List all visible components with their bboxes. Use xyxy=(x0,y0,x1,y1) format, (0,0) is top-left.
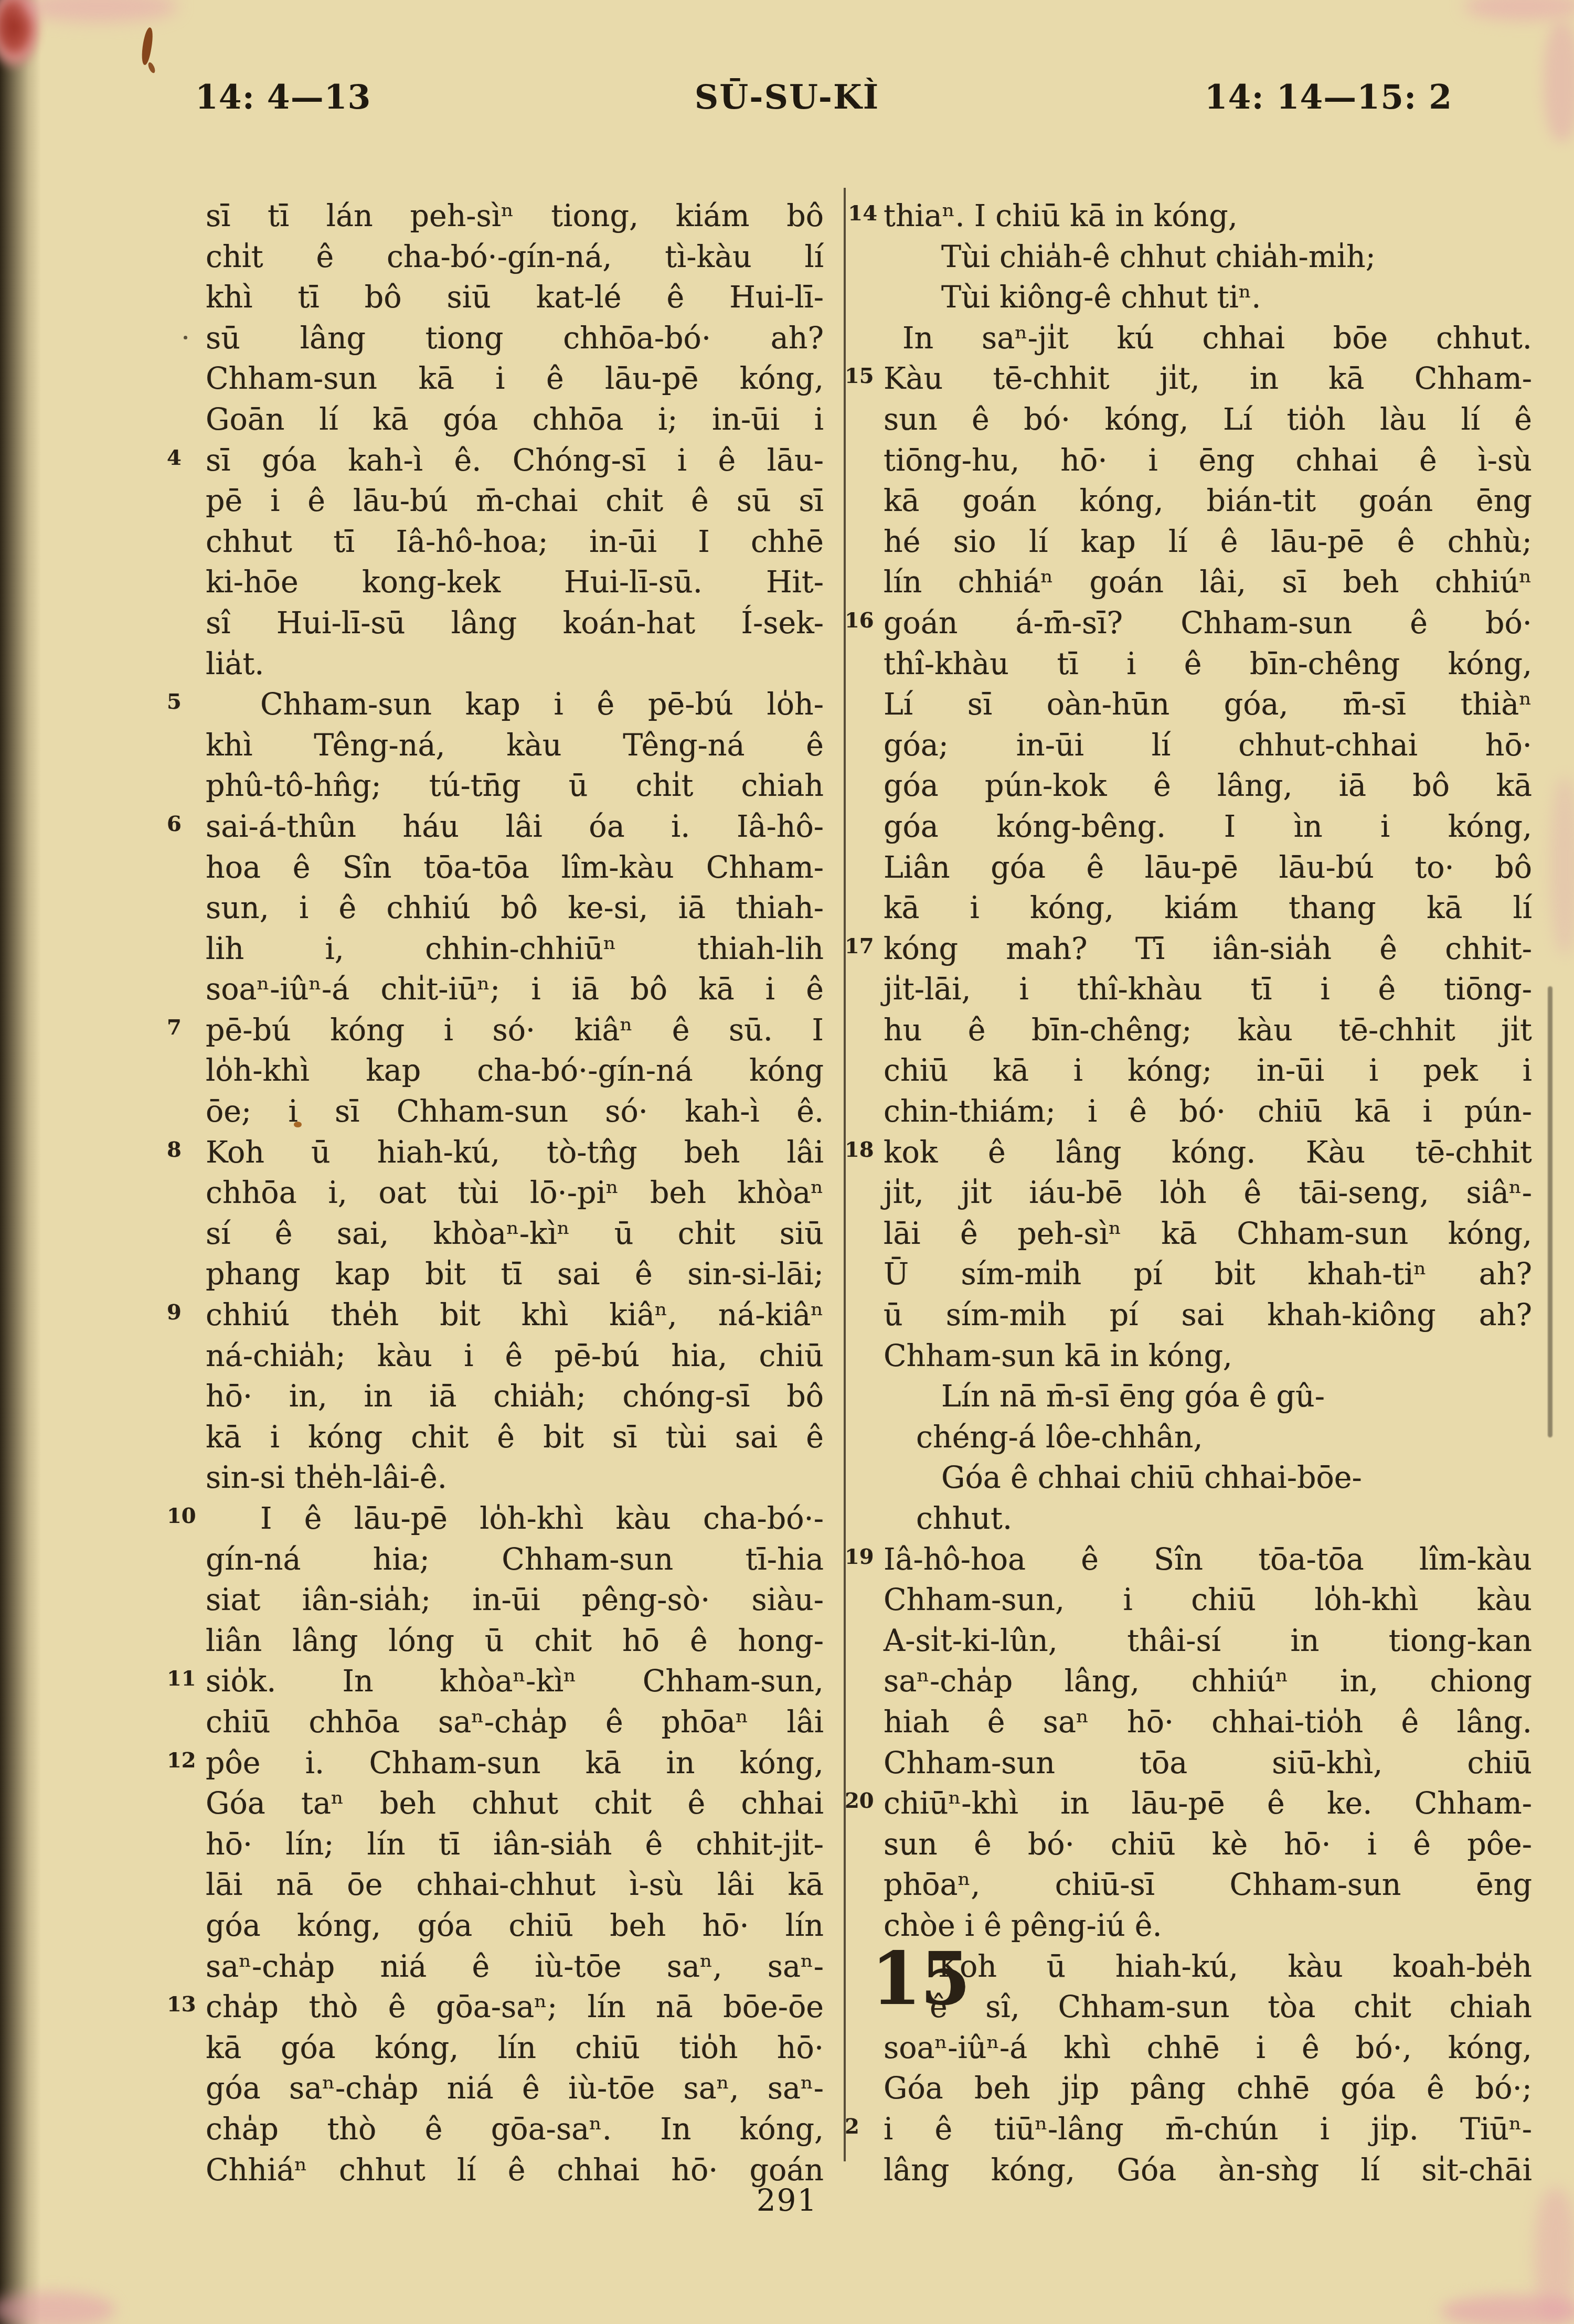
text-line: chhōa i, oat tùi lō·-piⁿ beh khòaⁿ xyxy=(206,1173,824,1214)
text-line: Chham-sun tōa siū-khì, chiū xyxy=(884,1743,1532,1784)
line-text: lín chhiáⁿ goán lâi, sī beh chhiúⁿ xyxy=(884,565,1532,600)
stain-top-left-red xyxy=(0,0,43,71)
text-line: kā i kóng chit ê bi̍t sī tùi sai ê xyxy=(206,1417,824,1458)
line-text: sū lâng tiong chhōa-bó· ah? xyxy=(206,321,824,356)
text-line: 4sī góa kah-ì ê. Chóng-sī i ê lāu- xyxy=(206,441,824,482)
text-line: 15Kàu tē-chhit ji̍t, in kā Chham- xyxy=(884,359,1532,400)
text-line: cha̍p thò ê gōa-saⁿ. In kóng, xyxy=(206,2109,824,2150)
line-text: kā i kóng chit ê bi̍t sī tùi sai ê xyxy=(206,1420,824,1455)
text-line: 8Koh ū hiah-kú, tò-tn̂g beh lâi xyxy=(206,1133,824,1174)
text-line: ū sím-mi̍h pí sai khah-kiông ah? xyxy=(884,1295,1532,1336)
text-line: chòe i ê pêng-iú ê. xyxy=(884,1906,1532,1947)
verse-number: 10 xyxy=(167,1496,199,1537)
text-line: soaⁿ-iûⁿ-á chi̍t-iūⁿ; i iā bô kā i ê xyxy=(206,969,824,1010)
verse-number: 17 xyxy=(845,926,877,967)
line-text: sun, i ê chhiú bô ke-si, iā thiah- xyxy=(206,891,824,925)
header-verse-range-right: 14: 14—15: 2 xyxy=(1205,78,1452,116)
line-text: ná-chia̍h; kàu i ê pē-bú hia, chiū xyxy=(206,1339,824,1373)
line-text: goán á-m̄-sī? Chham-sun ê bó· xyxy=(884,606,1532,641)
text-line: Góa beh ji̍p pâng chhē góa ê bó·; xyxy=(884,2069,1532,2109)
line-text: lāi nā ōe chhai-chhut ì-sù lâi kā xyxy=(206,1868,824,1902)
line-text: hé sio lí kap lí ê lāu-pē ê chhù; xyxy=(884,525,1532,559)
line-text: Tùi chia̍h-ê chhut chia̍h-mi̍h; xyxy=(941,240,1376,274)
line-text: A-si̍t-ki-lûn, thâi-sí in tiong-kan xyxy=(884,1624,1532,1658)
text-line: Tùi chia̍h-ê chhut chia̍h-mi̍h; xyxy=(884,237,1532,278)
line-text: chiū chhōa saⁿ-cha̍p ê phōaⁿ lâi xyxy=(206,1705,824,1740)
line-text: thiaⁿ. I chiū kā in kóng, xyxy=(884,199,1238,233)
line-text: sun ê bó· chiū kè hō· i ê pôe- xyxy=(884,1827,1532,1862)
text-line: góa kóng-bêng. I ìn i kóng, xyxy=(884,807,1532,848)
line-text: pē i ê lāu-bú m̄-chai chit ê sū sī xyxy=(206,484,824,518)
line-text: In saⁿ-ji̍t kú chhai bōe chhut. xyxy=(902,321,1532,356)
line-text: tiōng-hu, hō· i ēng chhai ê ì-sù xyxy=(884,443,1532,478)
text-line: lia̍t. xyxy=(206,644,824,685)
verse-number: 15 xyxy=(845,356,877,397)
running-header: 14: 4—13 SŪ-SU-KÌ 14: 14—15: 2 xyxy=(0,78,1574,120)
line-text: lo̍h-khì kap cha-bó·-gín-ná kóng xyxy=(206,1053,824,1088)
line-text: phû-tô-hn̂g; tú-tn̄g ū chi̍t chiah xyxy=(206,769,824,803)
line-text: chiū kā i kóng; in-ūi i pek i xyxy=(884,1053,1532,1088)
text-line: soaⁿ-iûⁿ-á khì chhē i ê bó·, kóng, xyxy=(884,2028,1532,2069)
text-line: chhut tī Iâ-hô-hoa; in-ūi I chhē xyxy=(206,522,824,563)
verse-number: 2 xyxy=(845,2106,877,2147)
line-text: kā i kóng, kiám thang kā lí xyxy=(884,891,1532,925)
line-text: gín-ná hia; Chham-sun tī-hia xyxy=(206,1542,824,1577)
line-text: chin-thiám; i ê bó· chiū kā i pún- xyxy=(884,1094,1532,1129)
line-text: Chham-sun kap i ê pē-bú lo̍h- xyxy=(260,687,824,722)
line-text: Góa taⁿ beh chhut chi̍t ê chhai xyxy=(206,1786,824,1821)
line-text: siat iân-sia̍h; in-ūi pêng-sò· siàu- xyxy=(206,1583,824,1617)
scan-edge-line xyxy=(1548,986,1552,1437)
text-line: lâng kóng, Góa àn-sǹg lí si̍t-chāi xyxy=(884,2150,1532,2191)
line-text: góa pún-kok ê lâng, iā bô kā xyxy=(884,769,1532,803)
text-line: khì tī bô siū kat-lé ê Hui-lī- xyxy=(206,278,824,318)
text-line: 6sai-á-thûn háu lâi óa i. Iâ-hô- xyxy=(206,807,824,848)
text-line: 10I ê lāu-pē lo̍h-khì kàu cha-bó·- xyxy=(206,1499,824,1540)
verse-number: 12 xyxy=(167,1740,199,1781)
line-text: chhut. xyxy=(916,1501,1012,1536)
text-line: Liân góa ê lāu-pē lāu-bú to· bô xyxy=(884,848,1532,889)
text-line: phû-tô-hn̂g; tú-tn̄g ū chi̍t chiah xyxy=(206,766,824,807)
text-line: sī tī lán peh-sìⁿ tiong, kiám bô xyxy=(206,196,824,237)
verse-number: 14 xyxy=(845,193,877,234)
text-line: Lí sī oàn-hūn góa, m̄-sī thiàⁿ xyxy=(884,685,1532,726)
text-line: chhut. xyxy=(884,1499,1532,1540)
line-text: kok ê lâng kóng. Kàu tē-chhit xyxy=(884,1135,1532,1170)
text-line: siat iân-sia̍h; in-ūi pêng-sò· siàu- xyxy=(206,1580,824,1621)
text-line: sin-si the̍h-lâi-ê. xyxy=(206,1458,824,1499)
line-text: Tùi kiông-ê chhut tiⁿ. xyxy=(941,280,1261,315)
verse-number: 4 xyxy=(167,438,199,478)
text-line: sū lâng tiong chhōa-bó· ah? xyxy=(206,318,824,359)
stain-bottom-right-pink xyxy=(1440,2295,1574,2324)
line-text: Chham-sun kā in kóng, xyxy=(884,1339,1232,1373)
line-text: khì Têng-ná, kàu Têng-ná ê xyxy=(206,728,824,763)
verse-number: 11 xyxy=(167,1658,199,1699)
line-text: sun ê bó· kóng, Lí tio̍h làu lí ê xyxy=(884,402,1532,437)
line-text: Liân góa ê lāu-pē lāu-bú to· bô xyxy=(884,850,1532,885)
line-text: hu ê bīn-chêng; kàu tē-chhit ji̍t xyxy=(884,1013,1532,1048)
line-text: hoa ê Sîn tōa-tōa lîm-kàu Chham- xyxy=(206,850,824,885)
line-text: i ê tiūⁿ-lâng m̄-chún i ji̍p. Tiūⁿ- xyxy=(884,2112,1532,2147)
line-text: kóng mah? Tī iân-sia̍h ê chhit- xyxy=(884,932,1532,966)
verse-number: 19 xyxy=(845,1537,877,1577)
line-text: chi̍t ê cha-bó·-gín-ná, tì-kàu lí xyxy=(206,240,824,274)
column-divider-rule xyxy=(844,188,846,2161)
text-line: chi̍t ê cha-bó·-gín-ná, tì-kàu lí xyxy=(206,237,824,278)
line-text: sio̍k. In khòaⁿ-kìⁿ Chham-sun, xyxy=(206,1664,824,1699)
line-text: ji̍t-lāi, i thî-khàu tī i ê tiōng- xyxy=(884,972,1532,1007)
text-line: lín chhiáⁿ goán lâi, sī beh chhiúⁿ xyxy=(884,562,1532,603)
text-line: hé sio lí kap lí ê lāu-pē ê chhù; xyxy=(884,522,1532,563)
text-line: 20chiūⁿ-khì in lāu-pē ê ke. Chham- xyxy=(884,1784,1532,1825)
line-text: sí ê sai, khòaⁿ-kìⁿ ū chi̍t siū xyxy=(206,1217,824,1251)
line-text: chhiú the̍h bi̍t khì kiâⁿ, ná-kiâⁿ xyxy=(206,1298,824,1332)
line-text: ki-hōe kong-kek Hui-lī-sū. Hit- xyxy=(206,565,824,600)
text-line: ji̍t-lāi, i thî-khàu tī i ê tiōng- xyxy=(884,969,1532,1010)
line-text: ji̍t, ji̍t iáu-bē lo̍h ê tāi-seng, siâⁿ- xyxy=(884,1176,1532,1210)
line-text: liân lâng lóng ū chit hō ê hong- xyxy=(206,1624,824,1658)
text-line: Chham-sun, i chiū lo̍h-khì kàu xyxy=(884,1580,1532,1621)
verse-number: 8 xyxy=(167,1129,199,1170)
text-line: sí ê sai, khòaⁿ-kìⁿ ū chi̍t siū xyxy=(206,1214,824,1255)
text-line: hō· lín; lín tī iân-sia̍h ê chhit-ji̍t- xyxy=(206,1825,824,1865)
text-line: lo̍h-khì kap cha-bó·-gín-ná kóng xyxy=(206,1051,824,1092)
text-line: 9chhiú the̍h bi̍t khì kiâⁿ, ná-kiâⁿ xyxy=(206,1295,824,1336)
line-text: pē-bú kóng i só· kiâⁿ ê sū. I xyxy=(206,1013,824,1048)
text-line: 19Iâ-hô-hoa ê Sîn tōa-tōa lîm-kàu xyxy=(884,1540,1532,1581)
text-line: 13cha̍p thò ê gōa-saⁿ; lín nā bōe-ōe xyxy=(206,1987,824,2028)
ink-blemish-tail xyxy=(147,61,156,74)
verse-number: 20 xyxy=(845,1781,877,1821)
verse-number: 16 xyxy=(845,600,877,641)
text-line: kā i kóng, kiám thang kā lí xyxy=(884,888,1532,929)
line-text: Chhiáⁿ chhut lí ê chhai hō· goán xyxy=(206,2153,824,2188)
verse-number: 6 xyxy=(167,804,199,845)
line-text: ê sî, Chham-sun tòa chi̍t chiah xyxy=(930,1990,1532,2024)
line-text: Ū sím-mi̍h pí bi̍t khah-tiⁿ ah? xyxy=(884,1257,1532,1292)
line-text: sî Hui-lī-sū lâng koán-hat Í-sek- xyxy=(206,606,824,641)
line-text: sī tī lán peh-sìⁿ tiong, kiám bô xyxy=(206,199,824,233)
text-line: 16goán á-m̄-sī? Chham-sun ê bó· xyxy=(884,603,1532,644)
verse-number: 9 xyxy=(167,1292,199,1333)
text-line: gín-ná hia; Chham-sun tī-hia xyxy=(206,1540,824,1581)
text-line: liân lâng lóng ū chit hō ê hong- xyxy=(206,1621,824,1662)
text-line: saⁿ-cha̍p niá ê iù-tōe saⁿ, saⁿ- xyxy=(206,1947,824,1988)
line-text: kā góa kóng, lín chiū tio̍h hō· xyxy=(206,2031,824,2065)
verse-number: 18 xyxy=(845,1129,877,1170)
line-text: lâng kóng, Góa àn-sǹg lí si̍t-chāi xyxy=(884,2153,1532,2188)
text-line: sî Hui-lī-sū lâng koán-hat Í-sek- xyxy=(206,603,824,644)
line-text: chéng-á lôe-chhân, xyxy=(916,1420,1203,1455)
line-text: Lí sī oàn-hūn góa, m̄-sī thiàⁿ xyxy=(884,687,1532,722)
line-text: sin-si the̍h-lâi-ê. xyxy=(206,1461,447,1495)
stain-top-left-pink xyxy=(21,0,178,22)
line-text: ōe; i sī Chham-sun só· kah-ì ê. xyxy=(206,1094,824,1129)
text-column-left: sī tī lán peh-sìⁿ tiong, kiám bôchi̍t ê … xyxy=(206,196,824,2191)
text-line: Tùi kiông-ê chhut tiⁿ. xyxy=(884,278,1532,318)
line-text: sī góa kah-ì ê. Chóng-sī i ê lāu- xyxy=(206,443,824,478)
scanned-book-page: { "header": { "left": "14: 4—13", "cente… xyxy=(0,0,1574,2324)
line-text: Chham-sun kā i ê lāu-pē kóng, xyxy=(206,361,824,396)
text-line: góa kóng, góa chiū beh hō· lín xyxy=(206,1906,824,1947)
text-line: 18kok ê lâng kóng. Kàu tē-chhit xyxy=(884,1133,1532,1174)
line-text: lia̍t. xyxy=(206,647,264,681)
text-line: kā goán kóng, bián-tit goán ēng xyxy=(884,481,1532,522)
text-line: khì Têng-ná, kàu Têng-ná ê xyxy=(206,726,824,766)
line-text: ū sím-mi̍h pí sai khah-kiông ah? xyxy=(884,1298,1532,1332)
binding-gutter-shadow xyxy=(0,0,41,2324)
text-line: kā góa kóng, lín chiū tio̍h hō· xyxy=(206,2028,824,2069)
stain-top-right-pink xyxy=(1464,0,1574,20)
text-line: hoa ê Sîn tōa-tōa lîm-kàu Chham- xyxy=(206,848,824,889)
text-line: Chham-sun kā in kóng, xyxy=(884,1336,1532,1377)
text-line: phōaⁿ, chiū-sī Chham-sun ēng xyxy=(884,1865,1532,1906)
line-text: chiūⁿ-khì in lāu-pē ê ke. Chham- xyxy=(884,1786,1532,1821)
line-text: chhut tī Iâ-hô-hoa; in-ūi I chhē xyxy=(206,525,824,559)
line-text: Chham-sun tōa siū-khì, chiū xyxy=(884,1746,1532,1781)
stain-right-mid-pink xyxy=(1550,776,1574,955)
line-text: I ê lāu-pē lo̍h-khì kàu cha-bó·- xyxy=(260,1501,824,1536)
ink-blemish xyxy=(140,27,155,66)
line-text: lih i, chhin-chhiūⁿ thiah-lih xyxy=(206,932,824,966)
verse-number: 13 xyxy=(167,1984,199,2025)
text-line: góa; in-ūi lí chhut-chhai hō· xyxy=(884,726,1532,766)
line-text: phōaⁿ, chiū-sī Chham-sun ēng xyxy=(884,1868,1532,1902)
line-text: hō· in, in iā chia̍h; chóng-sī bô xyxy=(206,1379,824,1414)
text-line: góa pún-kok ê lâng, iā bô kā xyxy=(884,766,1532,807)
text-line: chin-thiám; i ê bó· chiū kā i pún- xyxy=(884,1092,1532,1133)
line-text: Góa beh ji̍p pâng chhē góa ê bó·; xyxy=(884,2071,1532,2106)
text-line: thî-khàu tī i ê bīn-chêng kóng, xyxy=(884,644,1532,685)
text-line: lāi nā ōe chhai-chhut ì-sù lâi kā xyxy=(206,1865,824,1906)
line-text: Iâ-hô-hoa ê Sîn tōa-tōa lîm-kàu xyxy=(884,1542,1532,1577)
text-line: chiū chhōa saⁿ-cha̍p ê phōaⁿ lâi xyxy=(206,1702,824,1743)
text-line: A-si̍t-ki-lûn, thâi-sí in tiong-kan xyxy=(884,1621,1532,1662)
text-line: 14thiaⁿ. I chiū kā in kóng, xyxy=(884,196,1532,237)
text-line: 17kóng mah? Tī iân-sia̍h ê chhit- xyxy=(884,929,1532,970)
text-line: Chhiáⁿ chhut lí ê chhai hō· goán xyxy=(206,2150,824,2191)
line-text: góa saⁿ-cha̍p niá ê iù-tōe saⁿ, saⁿ- xyxy=(206,2071,824,2106)
stain-bottom-right-edge-pink xyxy=(1535,2188,1574,2324)
ink-dot xyxy=(184,336,187,339)
line-text: góa kóng-bêng. I ìn i kóng, xyxy=(884,809,1532,844)
text-line: Góa taⁿ beh chhut chi̍t ê chhai xyxy=(206,1784,824,1825)
text-line: ōe; i sī Chham-sun só· kah-ì ê. xyxy=(206,1092,824,1133)
text-line: Ū sím-mi̍h pí bi̍t khah-tiⁿ ah? xyxy=(884,1254,1532,1295)
line-text: cha̍p thò ê gōa-saⁿ; lín nā bōe-ōe xyxy=(206,1990,824,2024)
line-text: hiah ê saⁿ hō· chhai-tio̍h ê lâng. xyxy=(884,1705,1532,1740)
text-line: hiah ê saⁿ hō· chhai-tio̍h ê lâng. xyxy=(884,1702,1532,1743)
line-text: Lín nā m̄-sī ēng góa ê gû- xyxy=(941,1379,1325,1414)
text-line: 5Chham-sun kap i ê pē-bú lo̍h- xyxy=(206,685,824,726)
line-text: chhōa i, oat tùi lō·-piⁿ beh khòaⁿ xyxy=(206,1176,824,1210)
line-text: pôe i. Chham-sun kā in kóng, xyxy=(206,1746,824,1781)
text-line: 12pôe i. Chham-sun kā in kóng, xyxy=(206,1743,824,1784)
text-line: saⁿ-cha̍p lâng, chhiúⁿ in, chiong xyxy=(884,1661,1532,1702)
text-line: Góa ê chhai chiū chhai-bōe- xyxy=(884,1458,1532,1499)
line-text: thî-khàu tī i ê bīn-chêng kóng, xyxy=(884,647,1532,681)
line-text: Goān lí kā góa chhōa i; in-ūi i xyxy=(206,402,824,437)
line-text: saⁿ-cha̍p lâng, chhiúⁿ in, chiong xyxy=(884,1664,1532,1699)
text-line: lih i, chhin-chhiūⁿ thiah-lih xyxy=(206,929,824,970)
text-line: 7pē-bú kóng i só· kiâⁿ ê sū. I xyxy=(206,1010,824,1051)
line-text: Góa ê chhai chiū chhai-bōe- xyxy=(941,1461,1362,1495)
text-line: Chham-sun kā i ê lāu-pē kóng, xyxy=(206,359,824,400)
line-text: góa kóng, góa chiū beh hō· lín xyxy=(206,1909,824,1943)
text-line: hu ê bīn-chêng; kàu tē-chhit ji̍t xyxy=(884,1010,1532,1051)
line-text: góa; in-ūi lí chhut-chhai hō· xyxy=(884,728,1532,763)
text-line: 15Koh ū hiah-kú, kàu koah-be̍h xyxy=(884,1947,1532,1988)
text-line: In saⁿ-ji̍t kú chhai bōe chhut. xyxy=(884,318,1532,359)
text-line: ki-hōe kong-kek Hui-lī-sū. Hit- xyxy=(206,562,824,603)
line-text: Chham-sun, i chiū lo̍h-khì kàu xyxy=(884,1583,1532,1617)
line-text: Koh ū hiah-kú, tò-tn̂g beh lâi xyxy=(206,1135,824,1170)
text-line: Lín nā m̄-sī ēng góa ê gû- xyxy=(884,1377,1532,1417)
text-column-right: 14thiaⁿ. I chiū kā in kóng,Tùi chia̍h-ê … xyxy=(884,196,1532,2191)
line-text: lāi ê peh-sìⁿ kā Chham-sun kóng, xyxy=(884,1217,1532,1251)
line-text: khì tī bô siū kat-lé ê Hui-lī- xyxy=(206,280,824,315)
text-line: tiōng-hu, hō· i ēng chhai ê ì-sù xyxy=(884,441,1532,482)
text-line: pē i ê lāu-bú m̄-chai chit ê sū sī xyxy=(206,481,824,522)
text-line: sun ê bó· chiū kè hō· i ê pôe- xyxy=(884,1825,1532,1865)
text-line: hō· in, in iā chia̍h; chóng-sī bô xyxy=(206,1377,824,1417)
text-line: lāi ê peh-sìⁿ kā Chham-sun kóng, xyxy=(884,1214,1532,1255)
page-number: 291 xyxy=(757,2182,818,2218)
verse-number: 7 xyxy=(167,1007,199,1048)
line-text: kā goán kóng, bián-tit goán ēng xyxy=(884,484,1532,518)
text-line: 11sio̍k. In khòaⁿ-kìⁿ Chham-sun, xyxy=(206,1661,824,1702)
text-line: chiū kā i kóng; in-ūi i pek i xyxy=(884,1051,1532,1092)
text-line: góa saⁿ-cha̍p niá ê iù-tōe saⁿ, saⁿ- xyxy=(206,2069,824,2109)
line-text: Kàu tē-chhit ji̍t, in kā Chham- xyxy=(884,361,1532,396)
text-line: sun ê bó· kóng, Lí tio̍h làu lí ê xyxy=(884,400,1532,441)
line-text: soaⁿ-iûⁿ-á chi̍t-iūⁿ; i iā bô kā i ê xyxy=(206,972,824,1007)
text-line: sun, i ê chhiú bô ke-si, iā thiah- xyxy=(206,888,824,929)
line-text: Koh ū hiah-kú, kàu koah-be̍h xyxy=(938,1949,1532,1984)
line-text: sai-á-thûn háu lâi óa i. Iâ-hô- xyxy=(206,809,824,844)
line-text: phang kap bi̍t tī sai ê sin-si-lāi; xyxy=(206,1257,824,1292)
verse-number: 5 xyxy=(167,681,199,722)
line-text: soaⁿ-iûⁿ-á khì chhē i ê bó·, kóng, xyxy=(884,2031,1532,2065)
text-line: phang kap bi̍t tī sai ê sin-si-lāi; xyxy=(206,1254,824,1295)
line-text: hō· lín; lín tī iân-sia̍h ê chhit-ji̍t- xyxy=(206,1827,824,1862)
line-text: cha̍p thò ê gōa-saⁿ. In kóng, xyxy=(206,2112,824,2147)
line-text: saⁿ-cha̍p niá ê iù-tōe saⁿ, saⁿ- xyxy=(206,1949,824,1984)
text-line: ná-chia̍h; kàu i ê pē-bú hia, chiū xyxy=(206,1336,824,1377)
stain-bottom-left-pink xyxy=(0,2291,115,2324)
text-line: 2i ê tiūⁿ-lâng m̄-chún i ji̍p. Tiūⁿ- xyxy=(884,2109,1532,2150)
text-line: chéng-á lôe-chhân, xyxy=(884,1417,1532,1458)
text-line: ê sî, Chham-sun tòa chi̍t chiah xyxy=(884,1987,1532,2028)
text-line: Goān lí kā góa chhōa i; in-ūi i xyxy=(206,400,824,441)
text-line: ji̍t, ji̍t iáu-bē lo̍h ê tāi-seng, siâⁿ- xyxy=(884,1173,1532,1214)
